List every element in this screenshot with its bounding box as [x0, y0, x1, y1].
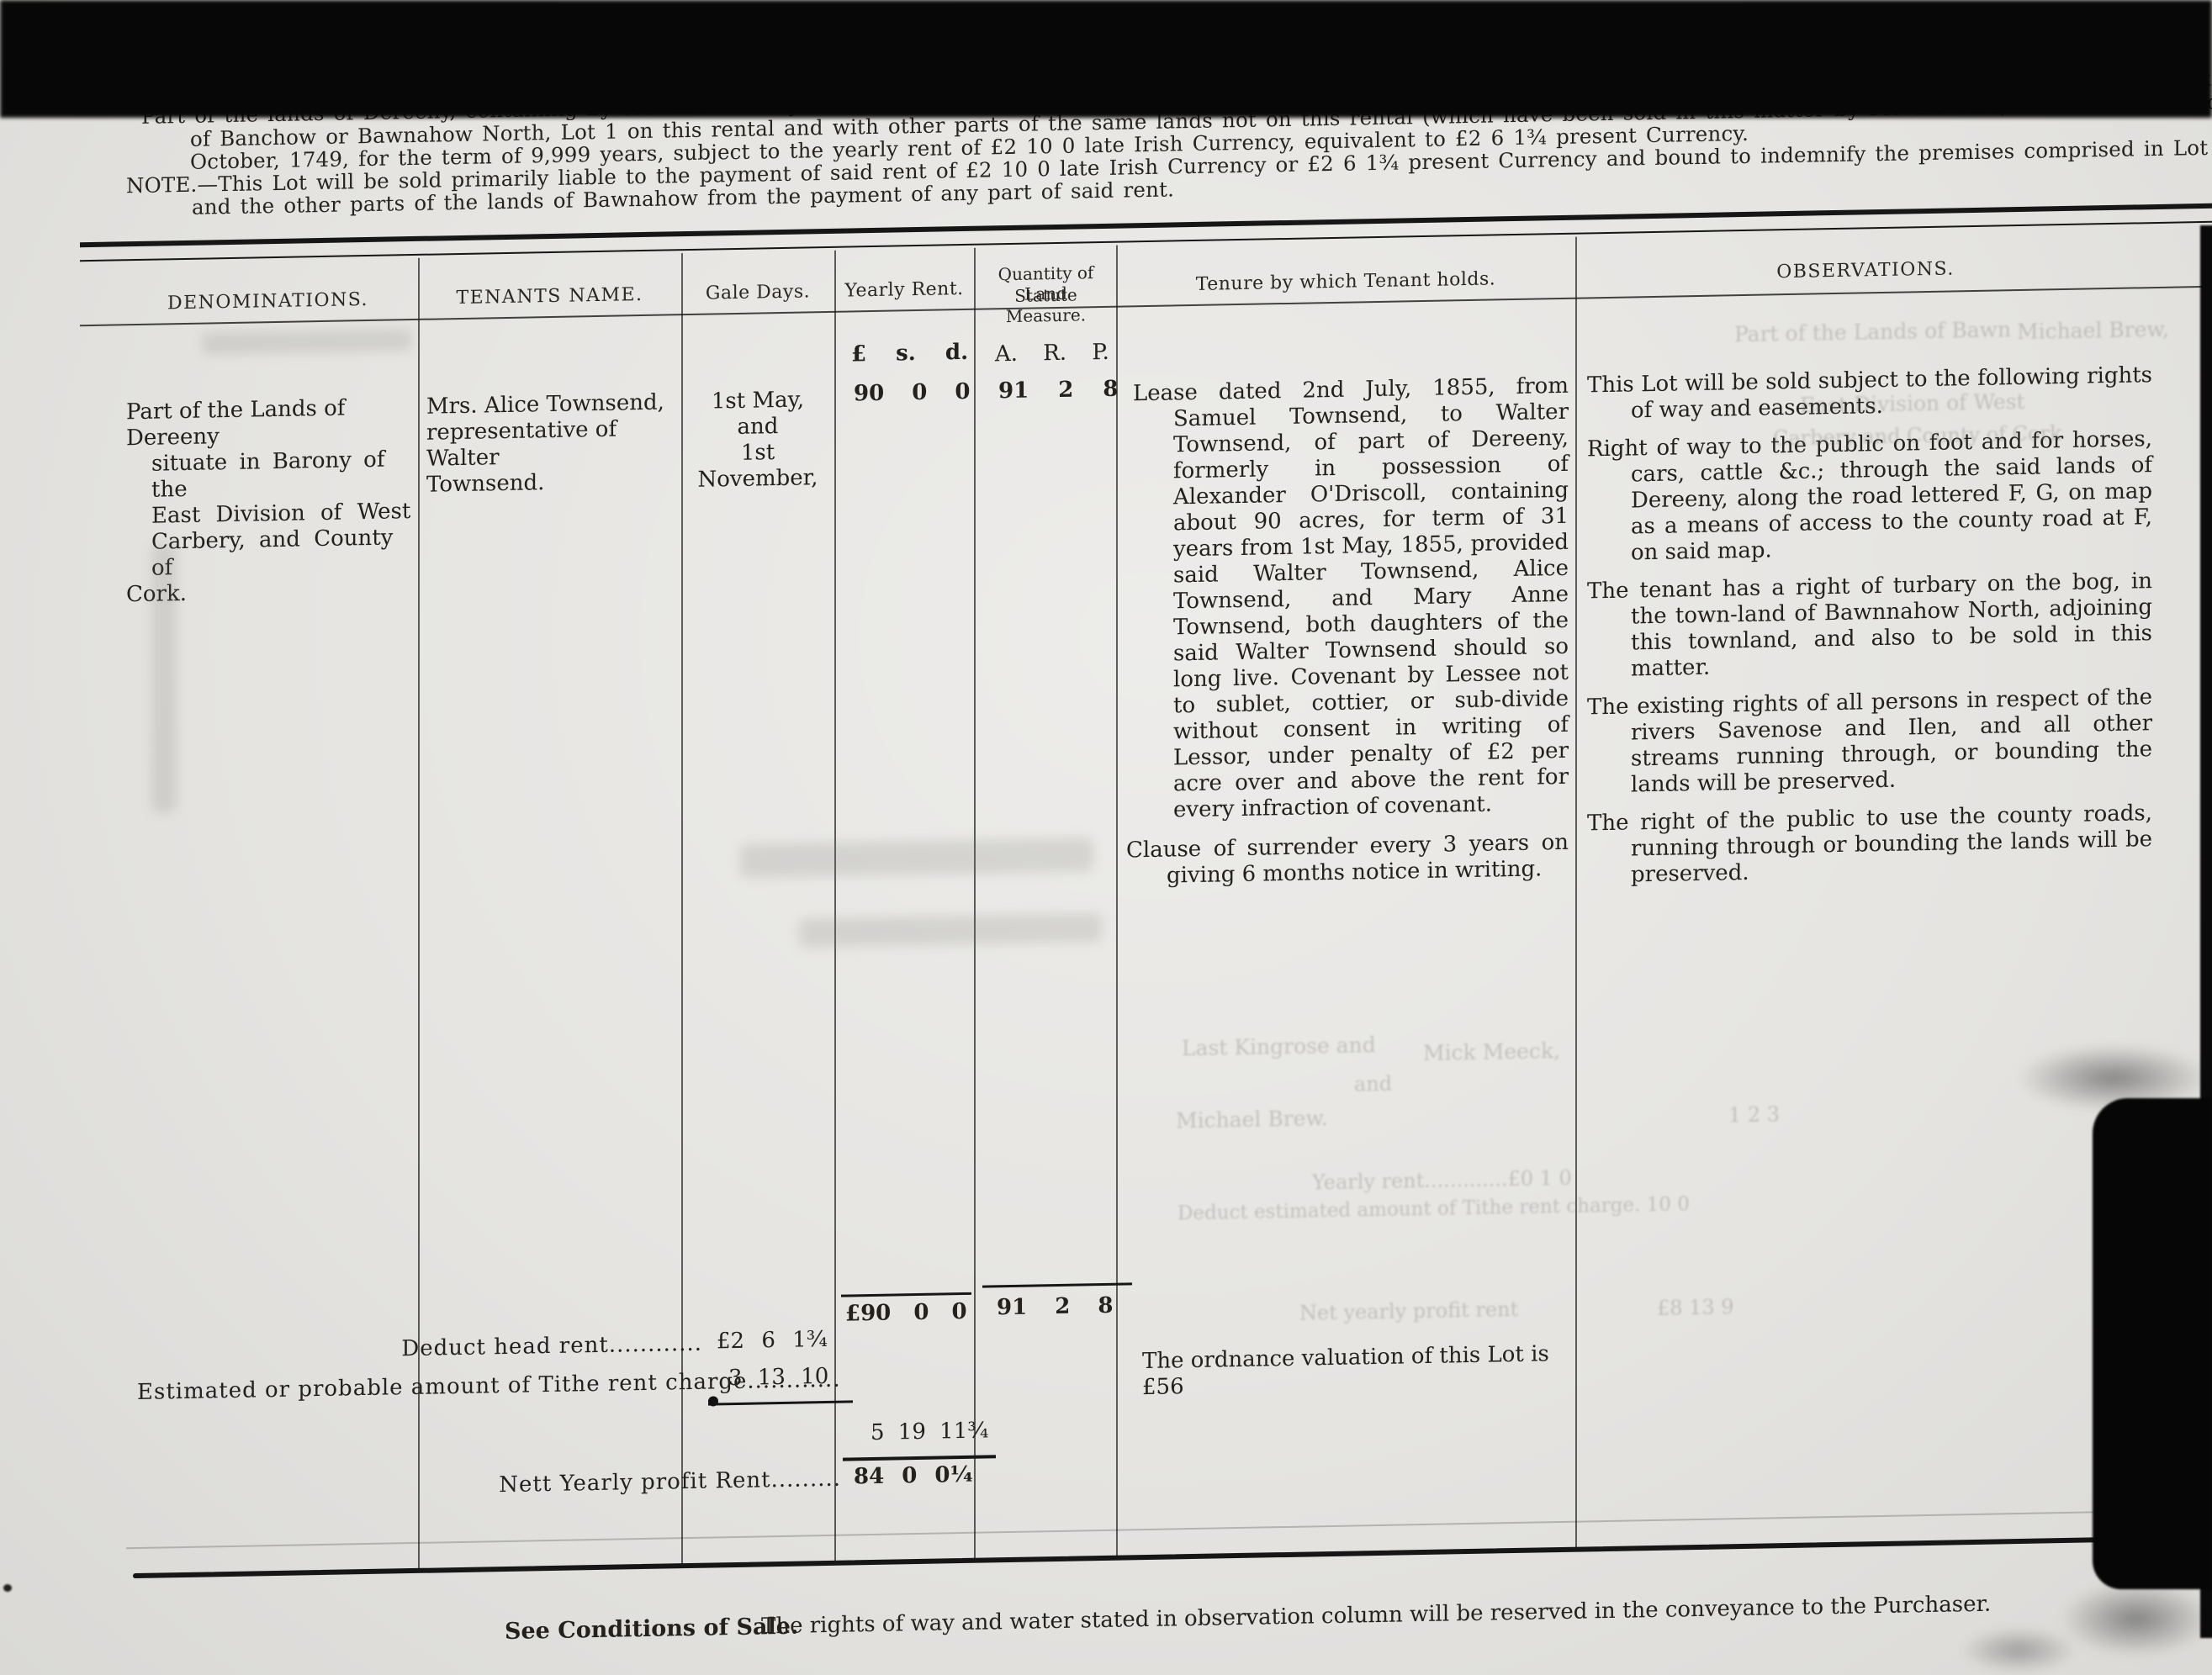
tithe-underline — [708, 1400, 853, 1405]
bleedthrough-text: Mick Meeck, — [1423, 1038, 1560, 1065]
column-header-yearly-rent: Yearly Rent. — [834, 278, 974, 302]
column-header-tenure: Tenure by which Tenant holds. — [1116, 267, 1575, 297]
bleedthrough-text: £8 13 9 — [1657, 1295, 1734, 1320]
rent-total-rule — [841, 1292, 971, 1297]
gale-day-line: 1st May, — [683, 387, 833, 415]
bleedthrough-text: Deduct estimated amount of Tithe rent ch… — [1177, 1193, 1690, 1224]
ink-smudge — [1960, 1627, 2077, 1673]
bleedthrough-smudge — [151, 543, 177, 813]
bleedthrough-smudge — [202, 329, 412, 355]
divider-denominations-tenants — [418, 258, 420, 1570]
footer-conditions-of-sale: See Conditions of Sale. — [505, 1614, 798, 1645]
nett-yearly-profit-label: Nett Yearly profit Rent......... — [471, 1466, 841, 1498]
subheader-pounds-shillings-pence: £ s. d. — [851, 340, 968, 368]
column-header-gale-days: Gale Days. — [681, 281, 834, 304]
bleedthrough-text: Last Kingrose and — [1182, 1033, 1376, 1060]
deduct-head-rent-amount: £2 6 1¾ — [717, 1327, 828, 1355]
bleedthrough-text: Michael Brew. — [1176, 1106, 1328, 1133]
observation-paragraph: The right of the public to use the count… — [1587, 801, 2152, 889]
bleedthrough-text: Part of the Lands of Bawn — [1734, 317, 2011, 346]
denomination-line: situate in Barony of the — [151, 446, 416, 504]
divider-galedays-rent — [834, 251, 836, 1562]
printed-content: LOT 2 Part of the lands of Dereeny, cont… — [0, 0, 2212, 1675]
column-header-tenants-name: TENANTS NAME. — [418, 283, 681, 309]
tenure-paragraph: Clause of surrender every 3 years on giv… — [1126, 830, 1569, 890]
nett-yearly-profit-amount: 84 0 0¼ — [854, 1462, 973, 1491]
gale-day-line: 1st November, — [683, 439, 833, 494]
bleedthrough-text: and — [1354, 1072, 1392, 1096]
bleedthrough-text: Net yearly profit rent — [1299, 1297, 1518, 1325]
divider-tenure-observations — [1575, 237, 1577, 1549]
cell-tenant-name: Mrs. Alice Townsend, representative of W… — [426, 389, 679, 498]
divider-rent-quantity — [974, 248, 976, 1560]
speck — [3, 1584, 12, 1592]
tithe-rent-charge-amount: 3 13 10 — [728, 1364, 828, 1392]
tenure-paragraph: Lease dated 2nd July, 1855, from Samuel … — [1133, 373, 1569, 824]
bleedthrough-text: Michael Brew, — [2017, 317, 2169, 344]
deduct-head-rent-label: Deduct head rent............ — [320, 1331, 702, 1363]
column-header-denominations: DENOMINATIONS. — [118, 288, 418, 315]
denomination-line: Part of the Lands of Dereeny — [126, 394, 416, 452]
ink-blob — [2093, 1098, 2212, 1589]
subheader-acres-roods-perches: A. R. P. — [995, 340, 1109, 367]
column-header-observations: OBSERVATIONS. — [1575, 255, 2156, 287]
tenant-line: Townsend. — [426, 468, 679, 498]
ordnance-valuation-note: The ordnance valuation of this Lot is £5… — [1142, 1341, 1563, 1401]
scan-top-band — [0, 0, 2212, 118]
subtotal-rule — [843, 1455, 996, 1461]
scanned-rental-document: LOT 2 Part of the lands of Dereeny, cont… — [0, 0, 2212, 1675]
bleedthrough-text: East Division of West — [1800, 389, 2025, 418]
bleedthrough-smudge — [740, 837, 1093, 878]
column-header-quantity-line2: Statute Measure. — [976, 284, 1116, 327]
cell-quantity: 91 2 8 — [998, 377, 1118, 405]
gale-day-line: and — [683, 413, 833, 441]
denomination-line: Carbery, and County of — [151, 525, 416, 582]
tenant-line: representative of Walter — [426, 415, 679, 472]
cell-gale-days: 1st May, and 1st November, — [683, 387, 833, 494]
footer-rights-note: The rights of way and water stated in ob… — [761, 1592, 1991, 1641]
quantity-total: 91 2 8 — [997, 1293, 1113, 1322]
cell-yearly-rent: 90 0 0 — [854, 379, 970, 408]
bleedthrough-text: 1 2 3 — [1728, 1102, 1780, 1127]
subtotal-amount: 5 19 11¾ — [871, 1418, 988, 1446]
divider-quantity-tenure — [1116, 246, 1118, 1557]
bleedthrough-text: Yearly rent.............£0 1 0 — [1312, 1166, 1572, 1195]
observation-paragraph: The existing rights of all persons in re… — [1587, 684, 2152, 799]
observation-paragraph: The tenant has a right of turbary on the… — [1587, 568, 2152, 683]
tenant-line: Mrs. Alice Townsend, — [426, 389, 679, 420]
bleedthrough-smudge — [799, 913, 1102, 948]
ink-smudge — [2061, 1581, 2212, 1657]
quantity-total-rule — [982, 1282, 1132, 1287]
rent-total: £90 0 0 — [845, 1299, 967, 1328]
cell-tenure: Lease dated 2nd July, 1855, from Samuel … — [1133, 373, 1569, 903]
